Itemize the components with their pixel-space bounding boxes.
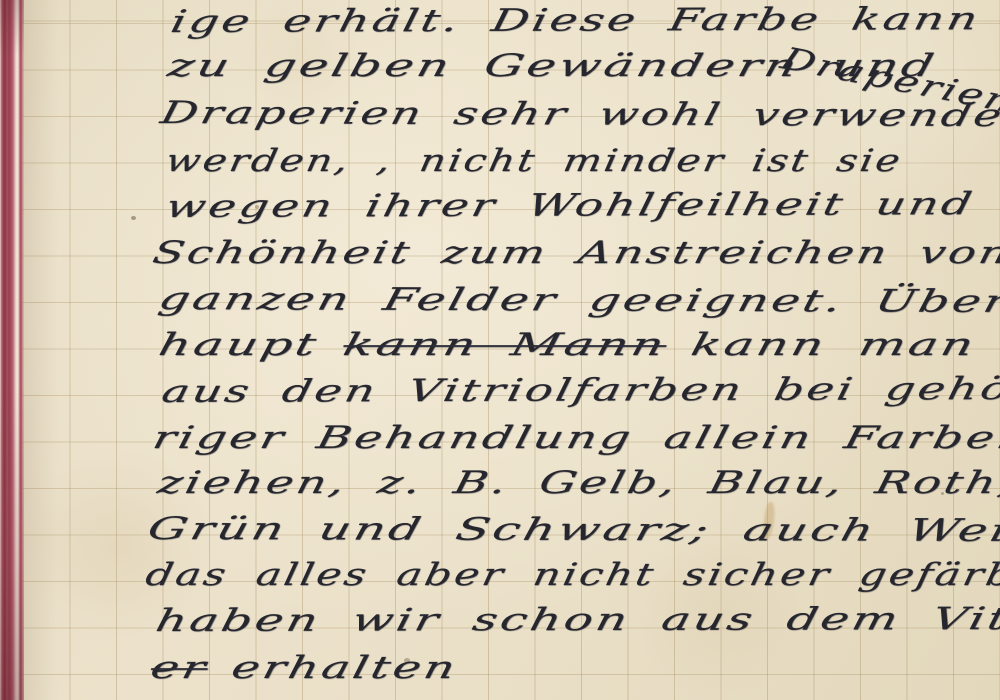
handwriting-text: kann man [688, 327, 980, 363]
handwriting-text: haben wir schon aus dem Vitriol [152, 601, 1000, 639]
handwriting-text: werden, , nicht minder ist sie [163, 143, 906, 179]
handwriting-line: Draperien sehr wohl verwendet [156, 91, 1000, 140]
handwriting-line: ige erhält. Diese Farbe kann [166, 0, 984, 46]
handwriting-text: aus den Vitriolfarben bei gehö- [159, 371, 1000, 410]
handwriting-line: haben wir schon aus dem Vitriol [151, 597, 1000, 645]
handwriting-line: wegen ihrer Wohlfeilheit und [161, 182, 978, 231]
struck-out-words: er [147, 650, 211, 686]
handwriting-line: Grün und Schwarz; auch Weiß, [143, 507, 1000, 555]
handwriting-text: erhalten [228, 650, 461, 686]
handwriting-line: ziehen, z. B. Gelb, Blau, Roth, [153, 461, 1000, 507]
handwriting: ige erhält. Diese Farbe kann zu gelben G… [0, 0, 1000, 700]
handwriting-text: ige erhält. Diese Farbe kann [167, 1, 983, 40]
handwriting-line: riger Behandlung allein Farben [148, 416, 1000, 462]
handwriting-line: aus den Vitriolfarben bei gehö- [157, 367, 1000, 416]
notebook-page: ige erhält. Diese Farbe kann zu gelben G… [0, 0, 1000, 700]
handwriting-text: Schönheit zum Anstreichen von [149, 235, 1000, 271]
handwriting-text: wegen ihrer Wohlfeilheit und [163, 186, 978, 225]
handwriting-text: Draperien sehr wohl verwendet [157, 95, 1000, 134]
handwriting-line: Schönheit zum Anstreichen von [148, 231, 1000, 277]
handwriting-text: Grün und Schwarz; auch Weiß, [144, 511, 1000, 549]
handwriting-text: riger Behandlung allein Farben [149, 420, 1000, 456]
handwriting-line: ererhalten [146, 646, 462, 692]
handwriting-text: das alles aber nicht sicher gefärbt [143, 557, 1000, 593]
struck-out-words: kann Mann [340, 327, 671, 363]
handwriting-text: ganzen Felder geeignet. Über- [155, 281, 1000, 320]
handwriting-line: das alles aber nicht sicher gefärbt [141, 553, 1000, 599]
handwriting-text: haupt [155, 327, 322, 363]
handwriting-line: hauptkann Mannkann man [154, 323, 981, 369]
handwriting-line: werden, , nicht minder ist sie [162, 139, 907, 185]
handwriting-text: ziehen, z. B. Gelb, Blau, Roth, [154, 465, 1000, 501]
handwriting-line: ganzen Felder geeignet. Über- [154, 277, 1000, 326]
